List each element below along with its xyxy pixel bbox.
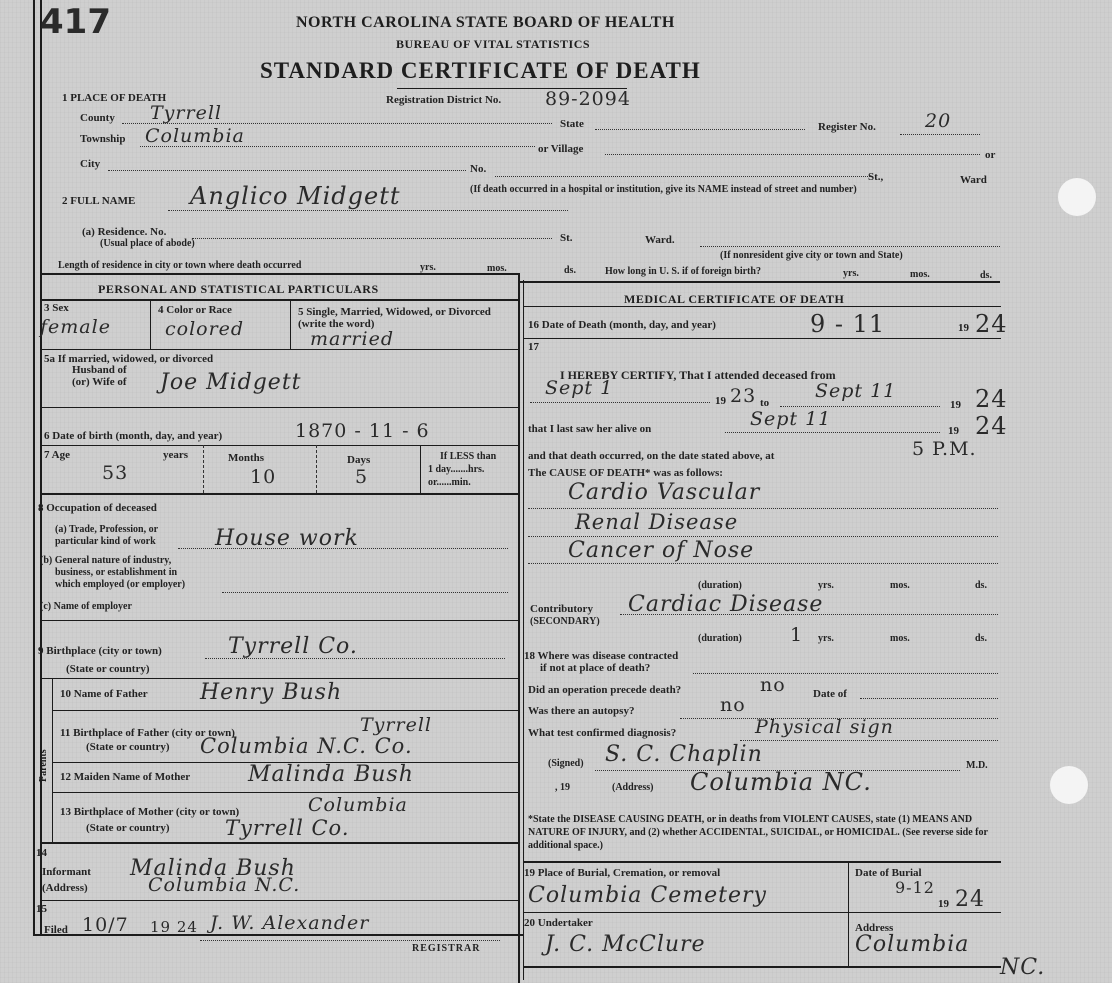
death-certificate: 417 NORTH CAROLINA STATE BOARD OF HEALTH… [0, 0, 1112, 983]
full-name-label: 2 FULL NAME [62, 195, 135, 207]
undertaker-value[interactable]: J. C. McClure [545, 932, 706, 957]
father-birthplace-state[interactable]: Columbia N.C. Co. [200, 734, 413, 758]
days-label: Days [347, 454, 370, 466]
filed-date[interactable]: 10/7 [82, 914, 129, 936]
dod-year[interactable]: 24 [975, 310, 1008, 338]
less-than-1: If LESS than [440, 451, 496, 462]
age-months[interactable]: 10 [250, 466, 276, 488]
contracted-field[interactable] [693, 673, 998, 674]
test-value[interactable]: Physical sign [755, 716, 894, 738]
residence-ward-label: Ward. [645, 234, 675, 246]
years-label: years [163, 449, 188, 461]
or-label: or [985, 149, 995, 161]
parents-side-label: Parents [38, 749, 49, 782]
residence-st-label: St. [560, 232, 573, 244]
marital-value[interactable]: married [310, 328, 394, 350]
dob-label: 6 Date of birth (month, day, and year) [44, 430, 222, 442]
dod-label: 16 Date of Death (month, day, and year) [528, 319, 716, 331]
township-value[interactable]: Columbia [145, 125, 245, 147]
attended-to-year[interactable]: 24 [975, 385, 1008, 413]
industry-field[interactable] [222, 592, 508, 593]
register-no-label: Register No. [818, 121, 876, 133]
hospital-note: (If death occurred in a hospital or inst… [470, 184, 857, 195]
or-village-label: or Village [538, 143, 583, 155]
race-label: 4 Color or Race [158, 304, 232, 316]
undertaker-address-value[interactable]: Columbia [855, 932, 969, 957]
filed-label: Filed [44, 924, 68, 936]
mother-birthplace-state[interactable]: Tyrrell Co. [225, 816, 350, 840]
frame-left-inner [40, 0, 42, 935]
registration-district-label: Registration District No. [386, 94, 501, 106]
sex-label: 3 Sex [44, 302, 69, 314]
race-value[interactable]: colored [165, 318, 244, 340]
divider-main [40, 273, 520, 275]
punch-hole-top [1058, 178, 1096, 216]
burial-place-label: 19 Place of Burial, Cremation, or remova… [524, 867, 720, 879]
informant-address[interactable]: Columbia N.C. [148, 874, 300, 896]
months-label: Months [228, 452, 264, 464]
county-value[interactable]: Tyrrell [150, 102, 222, 124]
burial-date-year[interactable]: 24 [955, 887, 985, 912]
birthplace-value[interactable]: Tyrrell Co. [228, 634, 358, 659]
operation-label: Did an operation precede death? [528, 684, 681, 696]
age-label: 7 Age [44, 449, 70, 461]
cause-line-2[interactable]: Renal Disease [575, 510, 738, 534]
full-name-value[interactable]: Anglico Midgett [190, 182, 401, 210]
state-label: State [560, 118, 584, 130]
certificate-number: 417 [40, 2, 111, 42]
father-birthplace-city[interactable]: Tyrrell [360, 714, 432, 736]
less-than-3: or......min. [428, 477, 471, 488]
signed-value[interactable]: S. C. Chaplin [605, 742, 763, 767]
mother-birthplace-city[interactable]: Columbia [308, 794, 408, 816]
father-label: 10 Name of Father [60, 688, 148, 700]
attended-to[interactable]: Sept 11 [815, 380, 896, 402]
cause-label: The CAUSE OF DEATH* was as follows: [528, 467, 723, 479]
punch-hole-bottom [1050, 766, 1088, 804]
contributory-label: Contributory [530, 603, 593, 615]
last-saw-label: that I last saw her alive on [528, 423, 651, 435]
foreign-birth-label: How long in U. S. if of foreign birth? [605, 266, 761, 277]
marital-label: 5 Single, Married, Widowed, or Divorced … [298, 306, 513, 330]
no-label: No. [470, 163, 486, 175]
dob-value[interactable]: 1870 - 11 - 6 [295, 420, 430, 442]
personal-section-title: PERSONAL AND STATISTICAL PARTICULARS [98, 282, 379, 297]
registrar-value[interactable]: J. W. Alexander [210, 912, 369, 934]
less-than-2: 1 day.......hrs. [428, 464, 484, 475]
registrar-label: REGISTRAR [412, 943, 480, 954]
burial-place-value[interactable]: Columbia Cemetery [528, 883, 767, 908]
page-title: STANDARD CERTIFICATE OF DEATH [260, 58, 701, 84]
last-saw-year[interactable]: 24 [975, 412, 1008, 440]
spouse-label-2: Husband of [72, 364, 127, 376]
informant-label: Informant [42, 866, 91, 878]
residence-sub: (Usual place of abode) [100, 238, 195, 249]
birthplace-label: 9 Birthplace (city or town) [38, 645, 162, 657]
nonresident-note: (If nonresident give city or town and St… [720, 250, 903, 261]
dod-value[interactable]: 9 - 11 [810, 310, 885, 338]
autopsy-value[interactable]: no [720, 694, 746, 716]
st-label: St., [868, 171, 883, 183]
cause-line-1[interactable]: Cardio Vascular [568, 480, 760, 505]
occurred-label: and that death occurred, on the date sta… [528, 450, 774, 462]
length-residence-label: Length of residence in city or town wher… [58, 260, 301, 271]
trade-value[interactable]: House work [215, 526, 359, 551]
physician-address[interactable]: Columbia NC. [690, 768, 872, 796]
age-years[interactable]: 53 [102, 462, 128, 484]
residence-label: (a) Residence. No. [82, 226, 166, 238]
mother-value[interactable]: Malinda Bush [248, 762, 414, 787]
mother-birthplace-label: 13 Birthplace of Mother (city or town) [60, 806, 239, 818]
register-no-value[interactable]: 20 [925, 110, 951, 132]
father-value[interactable]: Henry Bush [200, 680, 342, 705]
spouse-value[interactable]: Joe Midgett [160, 370, 302, 395]
township-label: Township [80, 133, 125, 145]
attended-from-year[interactable]: 23 [730, 385, 756, 407]
sex-value[interactable]: female [40, 316, 111, 338]
frame-left-outer [33, 0, 35, 935]
cause-line-3[interactable]: Cancer of Nose [568, 538, 754, 563]
header-board: NORTH CAROLINA STATE BOARD OF HEALTH [296, 14, 675, 32]
employer-label: (c) Name of employer [40, 601, 132, 612]
occurred-time[interactable]: 5 P.M. [912, 438, 977, 460]
cause-footnote: *State the DISEASE CAUSING DEATH, or in … [528, 813, 996, 852]
spouse-label-1: 5a If married, widowed, or divorced [44, 353, 213, 365]
burial-date-value[interactable]: 9-12 [895, 878, 935, 897]
ward-label: Ward [960, 174, 987, 186]
filed-year[interactable]: 19 24 [150, 918, 198, 936]
contributory-duration[interactable]: 1 [790, 624, 803, 646]
operation-value[interactable]: no [760, 674, 786, 696]
undertaker-address-state[interactable]: NC. [1000, 955, 1045, 980]
undertaker-label: 20 Undertaker [524, 917, 593, 929]
city-label: City [80, 158, 100, 170]
medical-section-title: MEDICAL CERTIFICATE OF DEATH [624, 292, 844, 307]
age-days[interactable]: 5 [355, 466, 368, 488]
county-label: County [80, 112, 115, 124]
spouse-label-3: (or) Wife of [72, 376, 127, 388]
birthplace-sub: (State or country) [66, 663, 150, 675]
header-bureau: BUREAU OF VITAL STATISTICS [396, 37, 590, 52]
registration-district-value[interactable]: 89-2094 [545, 88, 631, 110]
column-divider [518, 273, 520, 983]
last-saw-value[interactable]: Sept 11 [750, 408, 831, 430]
attended-from[interactable]: Sept 1 [545, 377, 613, 399]
occupation-label: 8 Occupation of deceased [38, 502, 157, 514]
mother-label: 12 Maiden Name of Mother [60, 771, 190, 783]
test-label: What test confirmed diagnosis? [528, 727, 676, 739]
autopsy-label: Was there an autopsy? [528, 705, 634, 717]
